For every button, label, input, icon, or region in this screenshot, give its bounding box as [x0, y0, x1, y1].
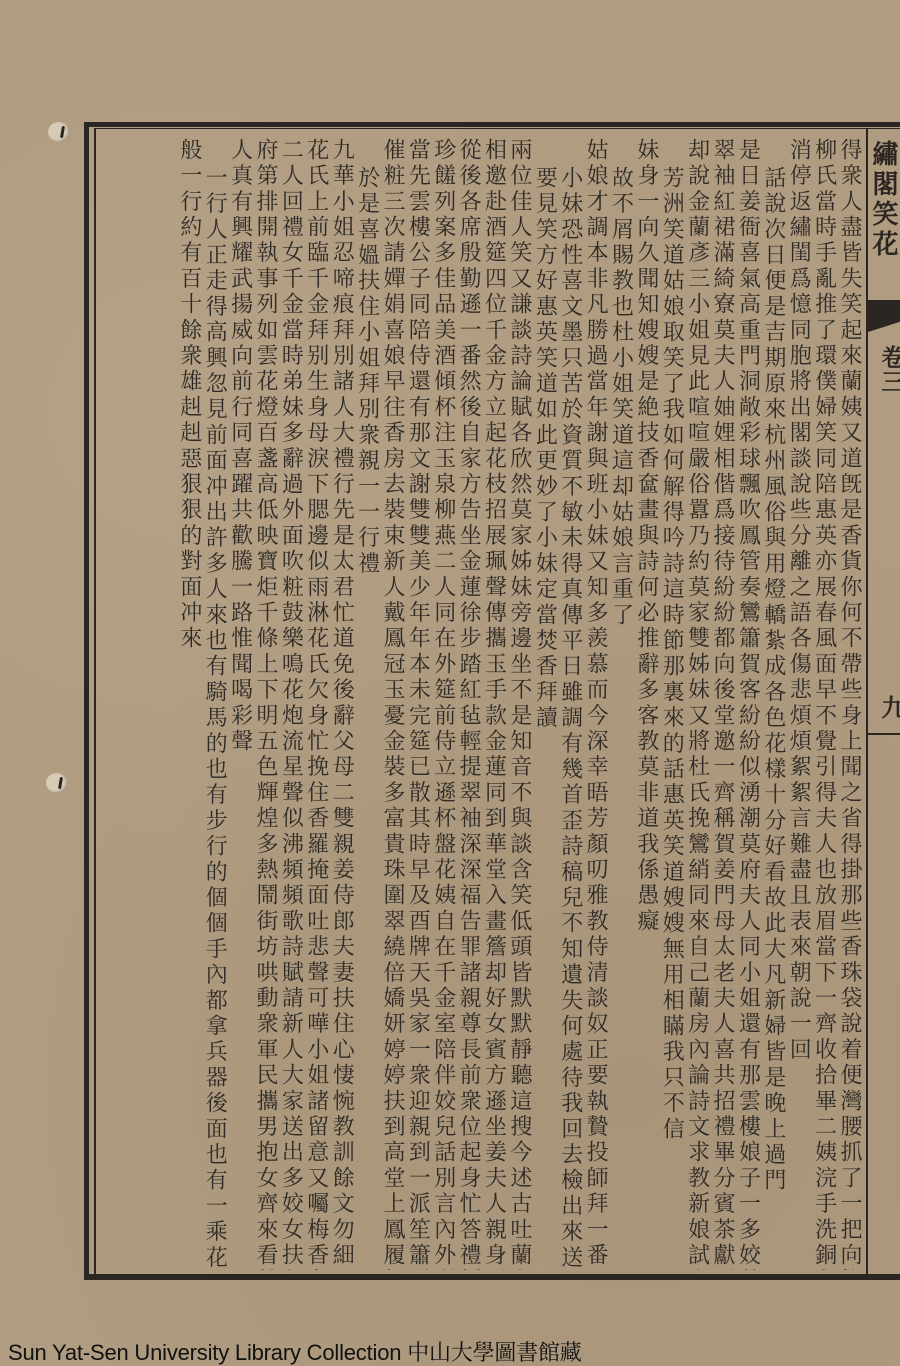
text-column: 芳洲笑道姑娘取笑了我如何解得吟詩這時節那裏來的話惠英笑道嫂嫂無用相瞞我只不信: [659, 132, 684, 1270]
text-column: 二人回禮女千金當時弟妹多辭過外面吹粧鼓樂鳴花炮流星聲似沸頻頻歌詩賦請新人大家送出…: [278, 132, 303, 1270]
text-column: 妹身一向久聞知嫂嫂是絶技香奩畫與詩何必推辭多客教莫非道我係愚癡: [633, 132, 658, 1270]
text-column: 姑娘才調本非凡勝過當年謝與班小妹又知多羨慕而今深幸晤芳顏叨雅教侍清談奴正要執贄投…: [583, 132, 608, 1270]
book-title: 繡閣笑花: [872, 140, 900, 260]
text-column: 故不屑賜教也杜小姐笑道這却姑娘言重了: [608, 132, 633, 1270]
text-column: 九華小姐忍啼痕拜別諸人大禮行先是太君忙道免後辭父母二雙親姜侍郎夫妻扶住心悽惋教訓…: [329, 132, 354, 1270]
text-column: 要見笑方好惠英笑道如此更妙了小妹定當焚香拜讀: [532, 132, 557, 1270]
text-column: 柳氏當時手亂推了環僕婦笑同陪惠英亦展春風面早不覺引得夫人也放眉當下一齊收拾畢二姨…: [811, 132, 836, 1270]
library-caption: Sun Yat-Sen University Library Collectio…: [8, 1336, 582, 1366]
book-page-scan: 繡閣笑花 卷三 九 得衆人盡皆失笑起來蘭姨又道旣是香貨你何不帶些身上聞之省得掛那…: [0, 0, 900, 1366]
page-number: 九: [874, 695, 900, 719]
text-column: 從後各席殷勤遜一番然後自家方告坐金蓮徐步踏紅毡輕提翠袖深深福告罪諸親尊長前衆位起…: [456, 132, 481, 1270]
margin-rule: [868, 733, 900, 735]
text-column: 話說次日便是吉期原來杭州風俗與用燈轎紮成各色花樣十分好看故此大凡新婦皆是晚上過門: [760, 132, 785, 1270]
text-column: 府第排開執事列如雲花燈百盞高低映寶炬千條上下明五色輝煌多熱鬧街坊哄動衆軍民攜男抱…: [253, 132, 278, 1270]
text-column: 珍饈列案多佳品美酒傾杯注玉泉柳燕二人同在外筵前侍立遜杯盤花姨自在千金室陪伴姣兒話…: [430, 132, 455, 1270]
text-column: 消停返繡閨爲憶同胞將出閣談說些分離之語各傷悲煩煩絮絮言難盡且表來朝說一回: [786, 132, 811, 1270]
text-column: 一行人正走得高興忽見前面冲出許多人來也有騎馬的也有步行的個個手內都拿兵器後面也有…: [202, 132, 227, 1270]
text-column: 兩位佳人笑又謙談詩論賦各欣然莫家姊妹旁邊坐不是知音不與談含笑低頭皆默默靜聽這搜今…: [507, 132, 532, 1270]
binding-hole-icon: [48, 122, 70, 142]
text-column: 人真有興耀武揚威向前行同喜躍共歡騰一路惟聞喝彩聲: [227, 132, 252, 1270]
text-column: 得衆人盡皆失笑起來蘭姨又道旣是香貨你何不帶些身上聞之省得掛那些香珠袋說着便灣腰抓…: [837, 132, 862, 1270]
text-column: 翠袖紅裙滿綺寮莫夫人妯娌相偕爲接待紛紛都向後堂邀一齊稱賀姜門母太老夫人喜共招禮畢…: [710, 132, 735, 1270]
text-column: 小妹恐性喜文墨只苦於資質不敏未得真傳平日雖調有幾首歪詩稿兒不知遺失何處待我回去檢…: [557, 132, 582, 1270]
volume-label: 卷三: [874, 345, 900, 393]
text-column: 般一行約有百十餘衆雄赳赳惡狠狠的對面冲來: [176, 132, 201, 1270]
text-column: 却說金蘭彥三小姐見此喧喧嚴俗囂乃約莫家雙姊妹又將杜氏挽鸞綃同來自己蘭房內論詩文求…: [684, 132, 709, 1270]
text-column: 於是喜媼扶住小姐拜別衆親一一行禮: [354, 132, 379, 1270]
binding-hole-icon: [46, 773, 68, 793]
text-column: 是日姜衙喜氣高重門洞敞彩球飄吹鳳管奏鸞簫賀客紛紛似湧潮莫府夫人同小姐還有那雲樓娘…: [735, 132, 760, 1270]
vertical-text-body: 得衆人盡皆失笑起來蘭姨又道旣是香貨你何不帶些身上聞之省得掛那些香珠袋說着便灣腰抓…: [98, 132, 862, 1270]
text-column: 相邀赴酒筵四位千金方立起花枝招展珮聲傳攜玉手款金蓮同到華堂入畫簷却好女賓方遜坐姜…: [481, 132, 506, 1270]
text-column: 當先雲樓公子同陪侍還有那文謝雙雙美少年年本未完筵已散其時早及酉牌天吳家一衆迎親到…: [405, 132, 430, 1270]
text-column: 催粧三次請嬋娟喜娘早往香房去裝束新人戴鳳冠玉憂金裝多富貴珠圍翠繞倍嬌妍婷婷扶到高…: [380, 132, 405, 1270]
text-column: 花氏上前臨千金拜别生身母淚下腮邊似雨淋花氏欠身忙挽住香羅掩面吐悲聲可嘩小姐諸留意…: [303, 132, 328, 1270]
